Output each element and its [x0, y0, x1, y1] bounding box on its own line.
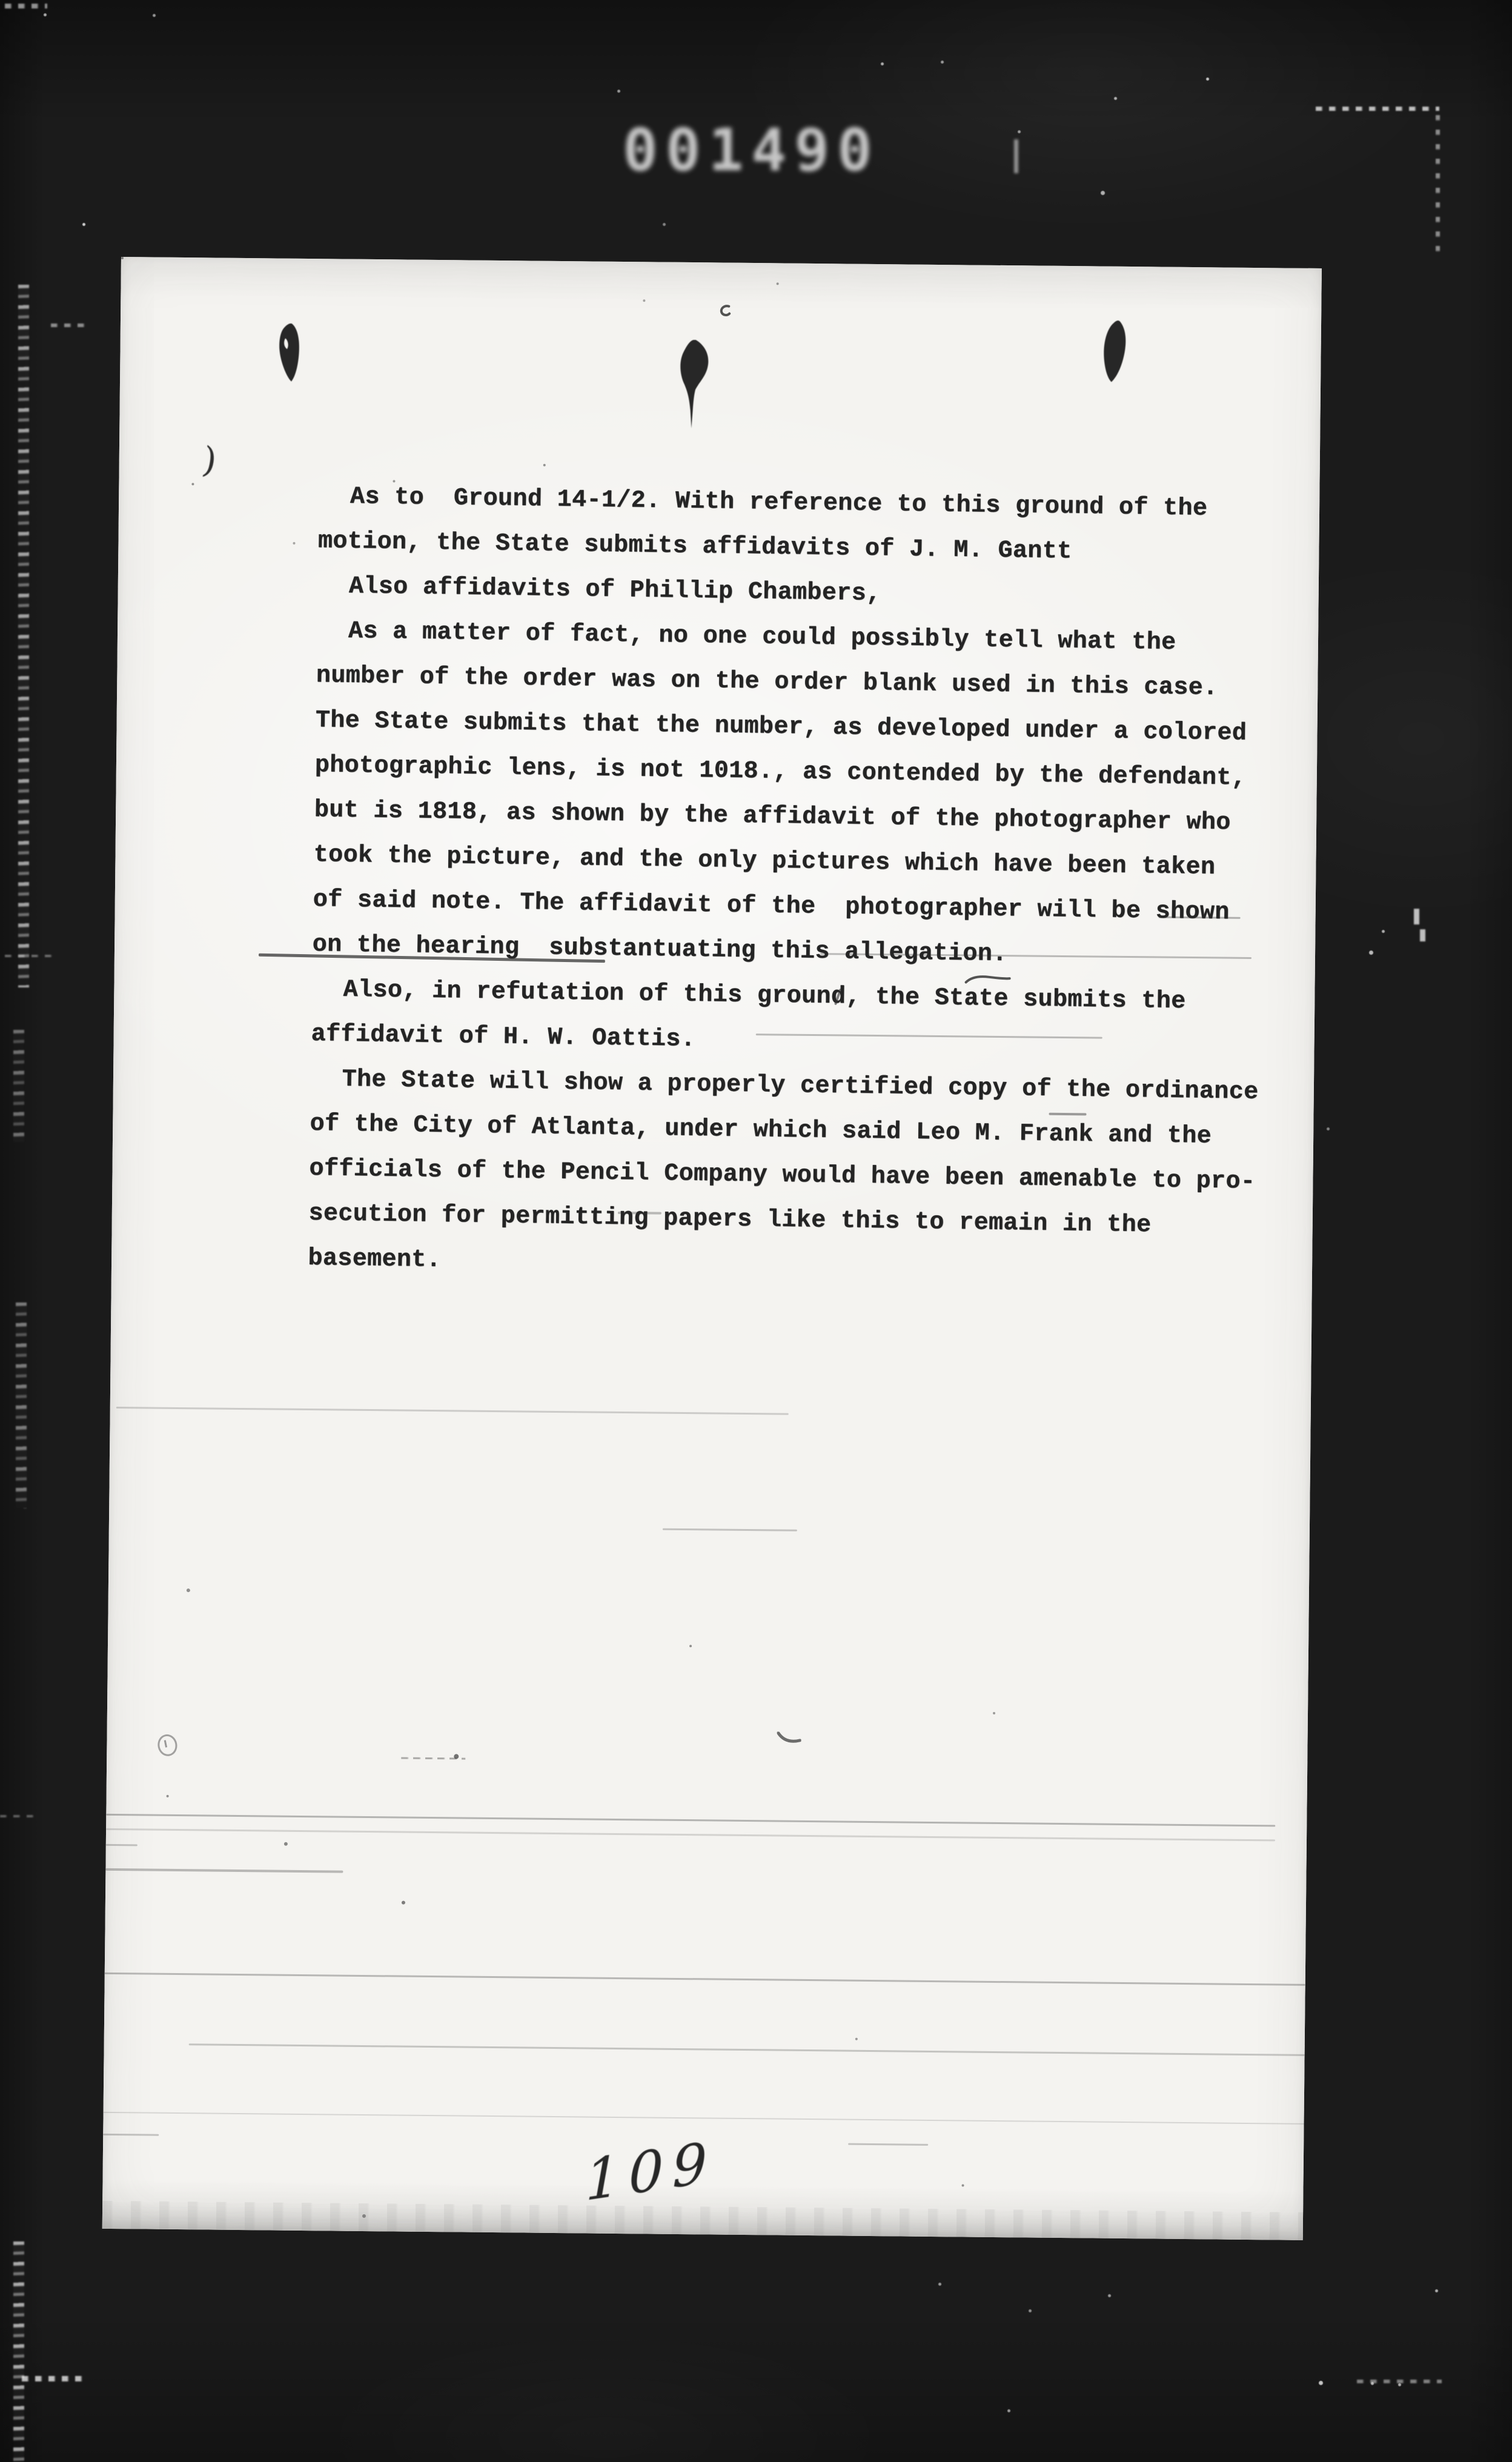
- film-scratch-dashes: [0, 1815, 38, 1817]
- film-edge-scratch: [13, 2241, 24, 2462]
- page-number-handwritten: 109: [585, 2129, 715, 2214]
- film-scratch-dashes: [22, 2376, 82, 2381]
- scratch-line: [116, 1407, 789, 1415]
- film-scratch-dashes: [5, 955, 57, 957]
- typed-text-block: As to Ground 14-1/2. With reference to t…: [308, 474, 1300, 1295]
- stamp-tick-mark: [1014, 139, 1018, 173]
- film-scratch-tick: [1414, 909, 1419, 924]
- ink-curl-mark: [719, 304, 731, 320]
- scratch-line: [106, 1828, 1275, 1842]
- scratch-line: [103, 2134, 159, 2136]
- scratch-line: [1049, 1113, 1086, 1116]
- scratch-line: [104, 2112, 1304, 2125]
- frame-number-stamp: 001490: [623, 116, 880, 184]
- film-edge-scratch: [18, 285, 29, 987]
- scratch-line: [663, 1528, 797, 1531]
- film-speck-field: [82, 223, 85, 226]
- film-scratch-dashes: [5, 4, 47, 8]
- scratch-line: [106, 1844, 138, 1846]
- scratch-line: [189, 2043, 1305, 2056]
- film-scratch-tick: [1420, 929, 1425, 941]
- handwritten-paren-mark: ): [200, 439, 219, 482]
- scratch-line: [105, 1868, 343, 1873]
- ink-blot: [677, 340, 714, 430]
- document-page: ) As to Ground 14-1/2. With reference to…: [102, 257, 1322, 2240]
- film-scratch-dots: [1436, 115, 1440, 252]
- scratch-line: [848, 2143, 928, 2146]
- film-scratch-dashes: [1357, 2380, 1442, 2383]
- dash-marks: [401, 1757, 465, 1760]
- film-scratch-dashes: [1316, 107, 1439, 111]
- microfilm-scan: { "scan": { "frame_number": "001490", "p…: [0, 0, 1512, 2462]
- hook-pen-mark: [777, 1732, 801, 1748]
- scratch-line: [618, 1212, 661, 1215]
- ink-blot: [1098, 319, 1129, 385]
- scratch-line: [106, 1814, 1275, 1827]
- circle-pen-mark: [156, 1733, 179, 1758]
- scratch-line: [105, 1973, 1305, 1986]
- paper-speck-field: [121, 257, 124, 259]
- film-scratch-dashes: [51, 324, 91, 327]
- pen-swash-mark: [964, 972, 1010, 988]
- film-edge-scratch: [13, 1030, 24, 1142]
- ink-blot: [274, 322, 307, 385]
- film-edge-scratch: [16, 1302, 27, 1508]
